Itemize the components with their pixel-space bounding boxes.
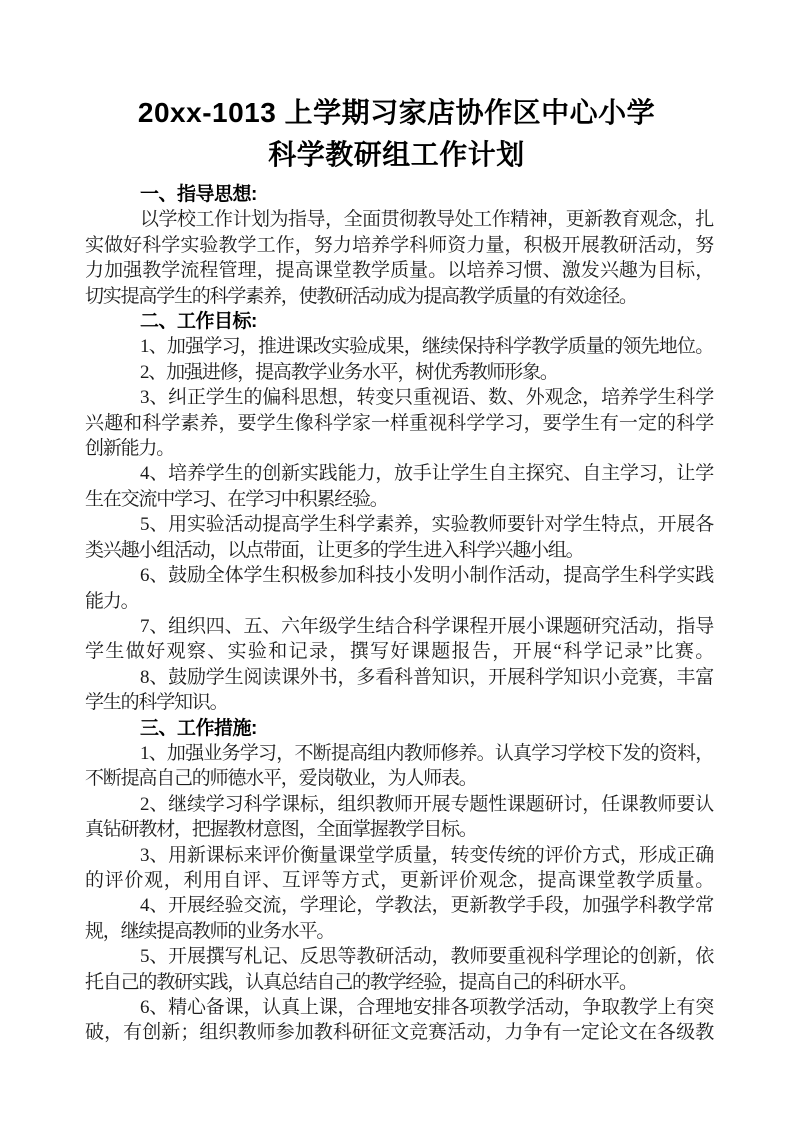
paragraph: 4、培养学生的创新实践能力，放手让学生自主探究、自主学习，让学生在交流中学习、在… [85,461,713,512]
doc-line: 7、组织四、五、六年级学生结合科学课程开展小课题研究活动，指导 [85,614,713,639]
doc-line: 不断提高自己的师德水平，爱岗敬业，为人师表。 [85,766,713,791]
doc-line: 创新能力。 [85,436,713,461]
doc-line: 的评价观，利用自评、互评等方式，更新评价观念，提高课堂教学质量。 [85,868,713,893]
doc-line: 以学校工作计划为指导，全面贯彻教导处工作精神，更新教育观念，扎 [85,207,713,232]
paragraph: 以学校工作计划为指导，全面贯彻教导处工作精神，更新教育观念，扎实做好科学实验教学… [85,207,713,309]
doc-line: 8、鼓励学生阅读课外书，多看科普知识，开展科学知识小竞赛，丰富 [85,665,713,690]
doc-line: 4、培养学生的创新实践能力，放手让学生自主探究、自主学习，让学 [85,461,713,486]
doc-line: 类兴趣小组活动，以点带面，让更多的学生进入科学兴趣小组。 [85,538,713,563]
doc-line: 学生的科学知识。 [85,690,713,715]
paragraph: 1、加强学习，推进课改实验成果，继续保持科学教学质量的领先地位。 [85,334,713,359]
doc-line: 托自己的教研实践，认真总结自己的教学经验，提高自己的科研水平。 [85,970,713,995]
doc-line: 5、用实验活动提高学生科学素养，实验教师要针对学生特点，开展各 [85,512,713,537]
doc-line: 切实提高学生的科学素养，使教研活动成为提高教学质量的有效途径。 [85,284,713,309]
doc-line: 学生做好观察、实验和记录，撰写好课题报告，开展“科学记录”比赛。 [85,639,713,664]
doc-line: 6、精心备课，认真上课，合理地安排各项教学活动，争取教学上有突 [85,995,713,1020]
doc-title-line-2: 科学教研组工作计划 [0,134,793,176]
section-heading: 二、工作目标: [85,309,713,334]
doc-line: 1、加强学习，推进课改实验成果，继续保持科学教学质量的领先地位。 [85,334,713,359]
doc-line: 兴趣和科学素养，要学生像科学家一样重视科学学习，要学生有一定的科学 [85,411,713,436]
section-heading: 三、工作措施: [85,716,713,741]
doc-line: 1、加强业务学习，不断提高组内教师修养。认真学习学校下发的资料， [85,741,713,766]
doc-line: 2、继续学习科学课标，组织教师开展专题性课题研讨，任课教师要认 [85,792,713,817]
paragraph: 3、纠正学生的偏科思想，转变只重视语、数、外观念，培养学生科学兴趣和科学素养，要… [85,385,713,461]
doc-line: 生在交流中学习、在学习中积累经验。 [85,487,713,512]
paragraph: 2、加强进修，提高教学业务水平，树优秀教师形象。 [85,360,713,385]
doc-line: 能力。 [85,589,713,614]
paragraph: 5、用实验活动提高学生科学素养，实验教师要针对学生特点，开展各类兴趣小组活动，以… [85,512,713,563]
doc-line: 规，继续提高教师的业务水平。 [85,919,713,944]
doc-line: 力加强教学流程管理，提高课堂教学质量。以培养习惯、激发兴趣为目标， [85,258,713,283]
doc-line: 3、纠正学生的偏科思想，转变只重视语、数、外观念，培养学生科学 [85,385,713,410]
doc-line: 实做好科学实验教学工作，努力培养学科师资力量，积极开展教研活动，努 [85,233,713,258]
paragraph: 1、加强业务学习，不断提高组内教师修养。认真学习学校下发的资料，不断提高自己的师… [85,741,713,792]
section-heading: 一、指导思想: [85,182,713,207]
paragraph: 4、开展经验交流，学理论，学教法，更新教学手段，加强学科教学常规，继续提高教师的… [85,893,713,944]
doc-line: 3、用新课标来评价衡量课堂学质量，转变传统的评价方式，形成正确 [85,843,713,868]
paragraph: 2、继续学习科学课标，组织教师开展专题性课题研讨，任课教师要认真钻研教材，把握教… [85,792,713,843]
doc-title-line-1: 20xx-1013 上学期习家店协作区中心小学 [0,92,793,134]
doc-line: 4、开展经验交流，学理论，学教法，更新教学手段，加强学科教学常 [85,893,713,918]
doc-body: 一、指导思想:以学校工作计划为指导，全面贯彻教导处工作精神，更新教育观念，扎实做… [85,182,713,1046]
doc-line: 真钻研教材，把握教材意图，全面掌握教学目标。 [85,817,713,842]
paragraph: 3、用新课标来评价衡量课堂学质量，转变传统的评价方式，形成正确的评价观，利用自评… [85,843,713,894]
paragraph: 6、鼓励全体学生积极参加科技小发明小制作活动，提高学生科学实践能力。 [85,563,713,614]
doc-line: 5、开展撰写札记、反思等教研活动，教师要重视科学理论的创新，依 [85,944,713,969]
doc-line: 破，有创新；组织教师参加教科研征文竞赛活动，力争有一定论文在各级教 [85,1020,713,1045]
paragraph: 6、精心备课，认真上课，合理地安排各项教学活动，争取教学上有突破，有创新；组织教… [85,995,713,1046]
paragraph: 5、开展撰写札记、反思等教研活动，教师要重视科学理论的创新，依托自己的教研实践，… [85,944,713,995]
doc-line: 6、鼓励全体学生积极参加科技小发明小制作活动，提高学生科学实践 [85,563,713,588]
document-page: 20xx-1013 上学期习家店协作区中心小学 科学教研组工作计划 一、指导思想… [0,0,793,1122]
doc-title: 20xx-1013 上学期习家店协作区中心小学 科学教研组工作计划 [0,92,793,176]
paragraph: 8、鼓励学生阅读课外书，多看科普知识，开展科学知识小竞赛，丰富学生的科学知识。 [85,665,713,716]
doc-line: 2、加强进修，提高教学业务水平，树优秀教师形象。 [85,360,713,385]
paragraph: 7、组织四、五、六年级学生结合科学课程开展小课题研究活动，指导学生做好观察、实验… [85,614,713,665]
